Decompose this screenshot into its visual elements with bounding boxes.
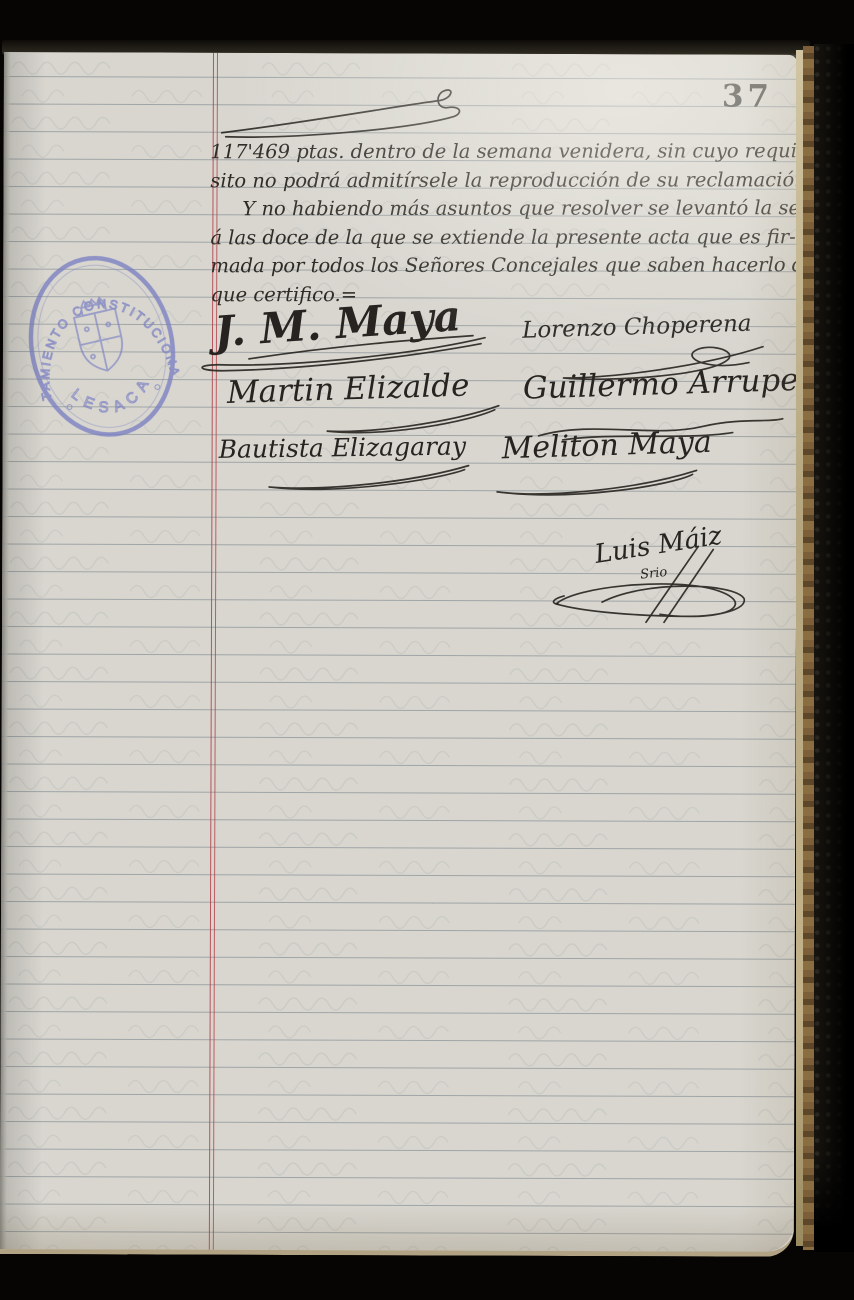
page-block-edge xyxy=(796,50,803,1246)
signature-secretary-title: Srio xyxy=(639,565,667,583)
meliton-rubric-flourish xyxy=(484,462,702,501)
signature-meliton: Meliton Maya xyxy=(501,425,712,467)
stamp-arc-text: AYUNTAMIENTO CONSTITUCIONAL DE xyxy=(8,238,183,410)
page-number: 37 xyxy=(722,79,773,115)
manuscript-line: á las doce de la que se extiende la pres… xyxy=(210,223,798,253)
signature-elizalde: Martin Elizalde xyxy=(226,367,470,411)
municipal-stamp: AYUNTAMIENTO CONSTITUCIONAL DE LESACA xyxy=(8,238,196,455)
page-block-edge-worn xyxy=(803,46,814,1250)
signature-choperena: Lorenzo Choperena xyxy=(522,311,752,344)
signature-secretary: Luis Máiz xyxy=(593,521,724,570)
elizagaray-rubric-flourish xyxy=(258,459,474,496)
manuscript-line: 117'469 ptas. dentro de la semana venide… xyxy=(210,137,798,167)
book-binding-edge xyxy=(796,44,854,1252)
leather-cover-edge xyxy=(814,44,854,1252)
manuscript-line: Y no habiendo más asuntos que resolver s… xyxy=(210,194,798,224)
signature-arrupe: Guillermo Arrupe xyxy=(522,362,799,407)
page-left-edge xyxy=(0,52,11,1249)
manuscript-line: mada por todos los Señores Concejales qu… xyxy=(210,252,798,282)
signature-elizagaray: Bautista Elizagaray xyxy=(218,431,466,463)
manuscript-text-block: 117'469 ptas. dentro de la semana venide… xyxy=(210,137,798,310)
scanned-book-photo: 37 AYUNTAMIENTO CONSTITUCIONAL DE LESACA xyxy=(0,0,854,1300)
manuscript-line: sito no podrá admitírsele la reproducció… xyxy=(210,166,798,196)
top-pen-flourish xyxy=(212,87,484,142)
manuscript-page: 37 AYUNTAMIENTO CONSTITUCIONAL DE LESACA xyxy=(0,52,798,1257)
